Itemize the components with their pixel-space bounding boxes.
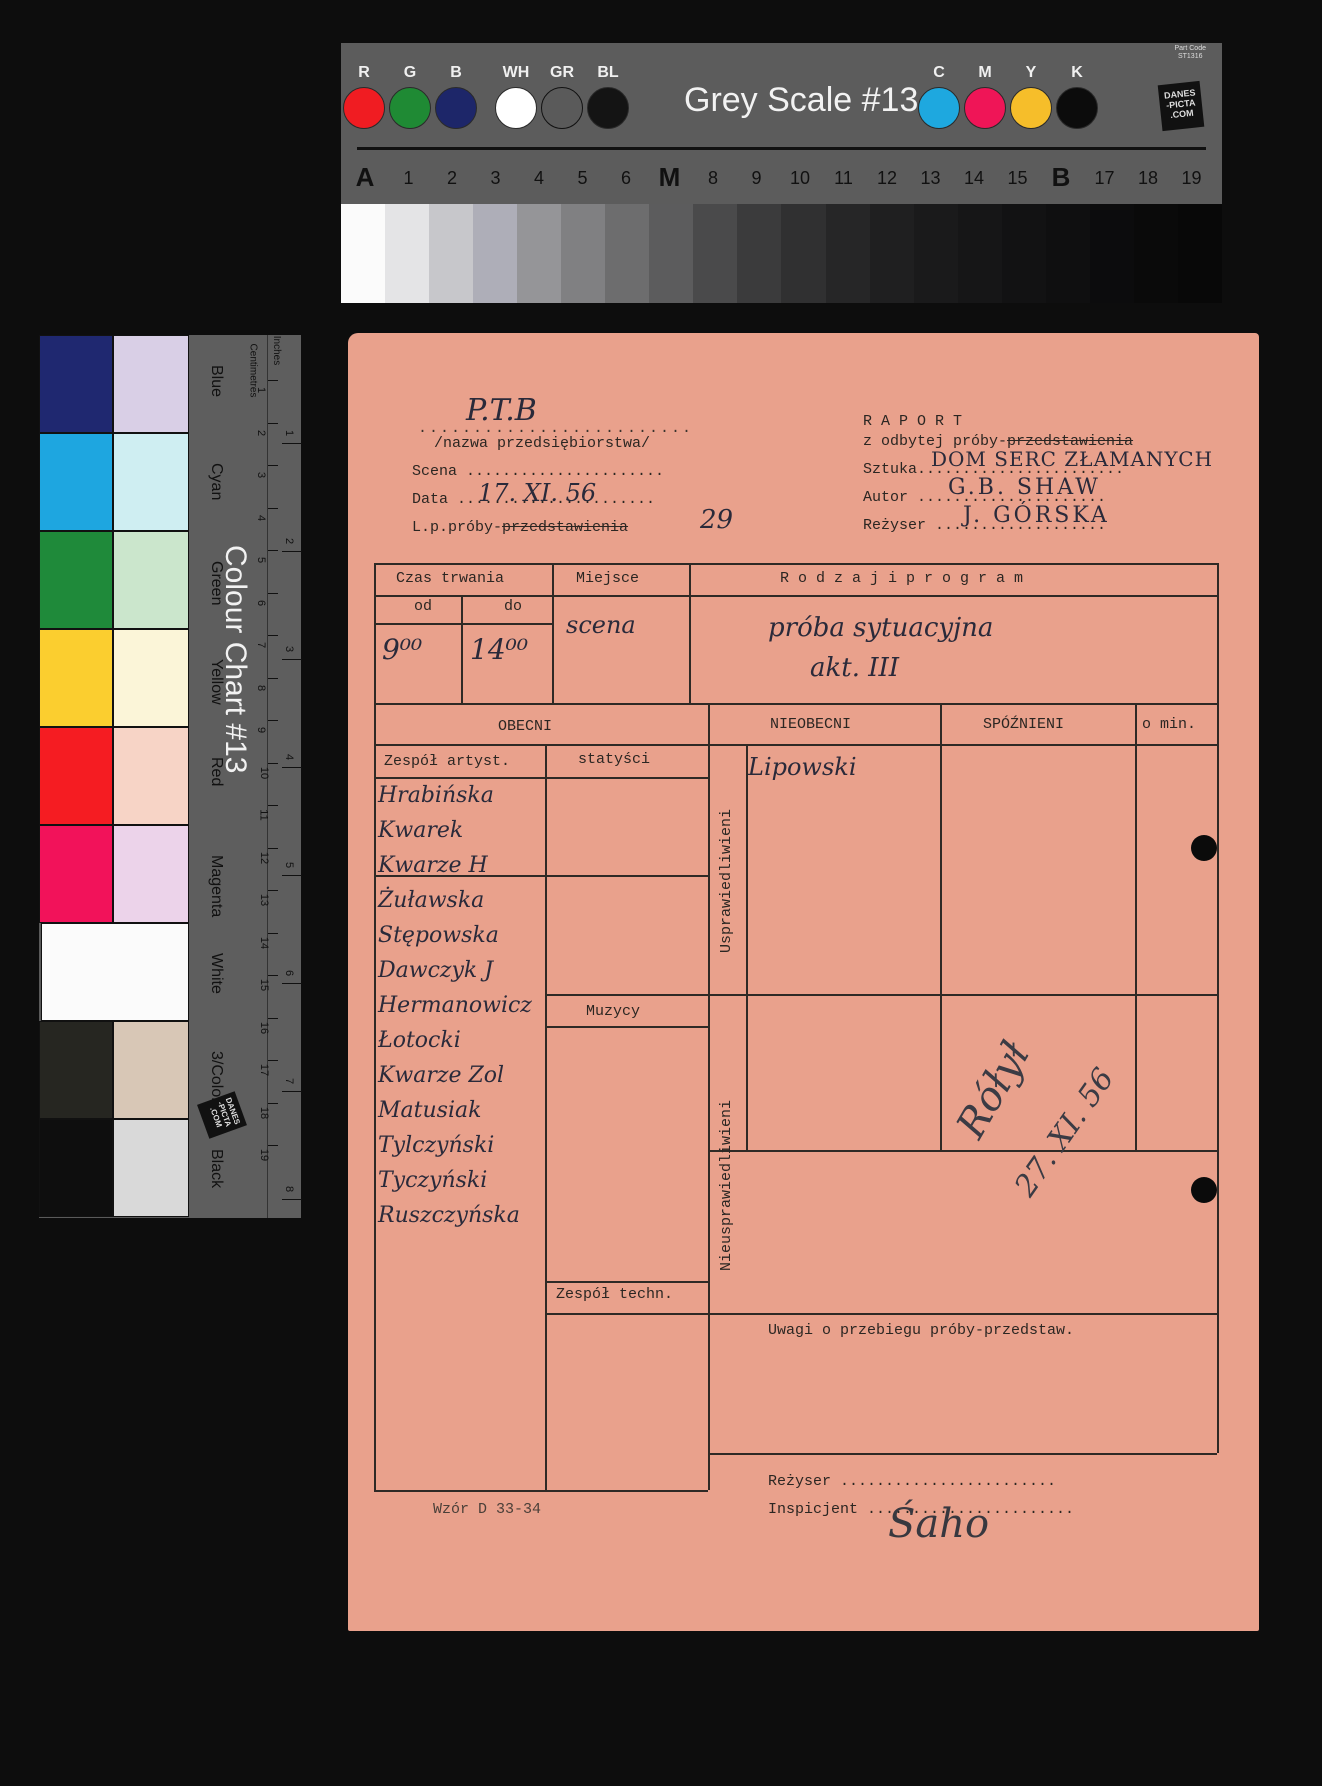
- colour-swatch-3/color-tint: [113, 1021, 189, 1119]
- grey-step-label: B: [1041, 162, 1081, 193]
- colour-swatch-black: [39, 1119, 113, 1217]
- cm-tick-label: 11: [258, 809, 270, 820]
- inspicjent-signature: Śaho: [888, 1501, 989, 1547]
- grid-line: [708, 1453, 1217, 1455]
- scena-field: Scena ......................: [412, 463, 664, 480]
- zespol-techn-header: Zespół techn.: [556, 1286, 673, 1303]
- grey-step-swatch: [826, 204, 870, 303]
- grid-line: [545, 1281, 708, 1283]
- rodzaj-header: R o d z a j i p r o g r a m: [780, 570, 1023, 587]
- colour-chart-title: Colour Chart #13: [218, 545, 252, 773]
- grey-step-swatch: [473, 204, 517, 303]
- color-dot-k: [1056, 87, 1098, 129]
- od-header: od: [414, 598, 432, 615]
- grey-step-label: 3: [476, 168, 516, 189]
- colour-swatch-black-tint: [113, 1119, 189, 1217]
- grid-line: [461, 595, 463, 703]
- cm-tick: [268, 423, 278, 424]
- uwagi-header: Uwagi o przebiegu próby-przedstaw.: [768, 1322, 1074, 1339]
- grid-line: [374, 623, 552, 625]
- colour-label: Magenta: [207, 855, 225, 917]
- colour-swatch-green: [39, 531, 113, 629]
- rodzaj-value-1: próba sytuacyjna: [768, 613, 993, 643]
- artist-name: Hermanowicz: [378, 993, 532, 1018]
- footer-rezyser-field: Reżyser ........................: [768, 1473, 1056, 1490]
- color-dot-wh: [495, 87, 537, 129]
- grid-line: [708, 994, 1217, 996]
- miejsce-header: Miejsce: [576, 570, 639, 587]
- colour-swatch-cyan: [39, 433, 113, 531]
- cm-tick: [268, 635, 278, 636]
- grey-scale-strip: [341, 204, 1222, 303]
- grey-step-label: 12: [867, 168, 907, 189]
- cm-tick-label: 18: [258, 1106, 270, 1118]
- grid-line: [689, 563, 691, 703]
- cm-tick-label: 14: [258, 936, 270, 948]
- cm-tick-label: 9: [255, 727, 267, 733]
- grey-step-swatch: [1134, 204, 1178, 303]
- grey-step-label: 13: [911, 168, 951, 189]
- grey-step-swatch: [693, 204, 737, 303]
- inch-tick: [282, 443, 302, 444]
- inch-tick: [282, 1199, 302, 1200]
- artist-name: Kwarze Zol: [378, 1063, 504, 1088]
- grid-line: [708, 1150, 1217, 1152]
- grey-step-swatch: [1090, 204, 1134, 303]
- colour-label: Blue: [207, 365, 225, 397]
- grey-step-label: 2: [432, 168, 472, 189]
- artist-name: Kwarek: [378, 818, 463, 843]
- cm-tick: [268, 890, 278, 891]
- grid-line: [746, 744, 748, 1150]
- grey-step-swatch: [1002, 204, 1046, 303]
- cm-tick-label: 1: [255, 387, 267, 393]
- grid-line: [374, 595, 1217, 597]
- cm-tick-label: 3: [255, 472, 267, 478]
- lp-field: L.p.próby-przedstawienia: [412, 519, 628, 536]
- cm-tick-label: 2: [255, 429, 267, 435]
- grey-step-label: 18: [1128, 168, 1168, 189]
- nieobecni-header: NIEOBECNI: [770, 716, 851, 733]
- grey-step-label: 8: [693, 168, 733, 189]
- ruler: InchesCentimetres12345678910111213141516…: [267, 335, 302, 1218]
- grey-step-label: 17: [1085, 168, 1125, 189]
- cm-tick: [268, 720, 278, 721]
- muzycy-header: Muzycy: [586, 1003, 640, 1020]
- rezyser-value: J. GÓRSKA: [963, 503, 1110, 528]
- grey-step-swatch: [914, 204, 958, 303]
- grid-line: [374, 1490, 708, 1492]
- color-dot-b: [435, 87, 477, 129]
- inch-tick: [282, 875, 302, 876]
- inch-tick: [282, 983, 302, 984]
- grid-line: [545, 1313, 708, 1315]
- inch-tick-label: 6: [283, 970, 295, 976]
- colour-label: Black: [207, 1149, 225, 1188]
- zespol-artyst-header: Zespół artyst.: [384, 753, 510, 770]
- grey-step-label: 5: [563, 168, 603, 189]
- grey-step-swatch: [605, 204, 649, 303]
- divider: [357, 147, 1206, 150]
- inch-tick-label: 8: [283, 1186, 295, 1192]
- inch-tick-label: 2: [283, 538, 295, 544]
- artist-name: Stępowska: [378, 923, 499, 948]
- colour-swatch-yellow-tint: [113, 629, 189, 727]
- artist-name: Tyczyński: [378, 1168, 487, 1193]
- grey-step-swatch: [649, 204, 693, 303]
- miejsce-value: scena: [566, 611, 636, 639]
- colour-swatch-green-tint: [113, 531, 189, 629]
- grey-step-swatch: [341, 204, 385, 303]
- cm-tick: [268, 763, 278, 764]
- grey-step-swatch: [561, 204, 605, 303]
- data-value: 17. XI. 56: [478, 479, 596, 507]
- colour-chart: BlueCyanGreenYellowRedMagentaWhite3/Colo…: [39, 335, 301, 1218]
- grid-line: [374, 563, 1217, 565]
- cm-tick: [268, 465, 278, 466]
- cm-tick: [268, 380, 278, 381]
- grey-step-swatch: [385, 204, 429, 303]
- colour-swatch-white: [41, 923, 189, 1021]
- dot-label: C: [914, 64, 964, 82]
- grey-step-label: 10: [780, 168, 820, 189]
- colour-swatch-blue-tint: [113, 335, 189, 433]
- cm-tick-label: 19: [258, 1149, 270, 1161]
- inch-tick-label: 3: [283, 646, 295, 652]
- grid-line: [374, 563, 376, 1490]
- cm-tick: [268, 975, 278, 976]
- grey-step-swatch: [1178, 204, 1222, 303]
- cm-tick: [268, 1060, 278, 1061]
- cm-tick-label: 5: [255, 557, 267, 563]
- dot-label: B: [431, 64, 481, 82]
- inch-tick: [282, 659, 302, 660]
- punch-hole: [1191, 1177, 1217, 1203]
- cm-tick: [268, 593, 278, 594]
- color-dot-gr: [541, 87, 583, 129]
- colour-swatch-red-tint: [113, 727, 189, 825]
- grid-line: [545, 744, 547, 1490]
- grid-line: [940, 703, 942, 1150]
- inch-tick-label: 1: [283, 430, 295, 436]
- artist-name: Łotocki: [378, 1028, 461, 1053]
- colour-swatch-cyan-tint: [113, 433, 189, 531]
- rehearsal-report-form: P.T.B ......................... /nazwa p…: [348, 333, 1259, 1631]
- dot-label: Y: [1006, 64, 1056, 82]
- artist-name: Dawczyk J: [378, 958, 493, 983]
- grey-step-swatch: [870, 204, 914, 303]
- color-dot-y: [1010, 87, 1052, 129]
- autor-value: G.B. SHAW: [948, 475, 1101, 500]
- cm-tick-label: 12: [258, 851, 270, 863]
- color-dot-r: [343, 87, 385, 129]
- artist-name: Tylczyński: [378, 1133, 494, 1158]
- grey-step-swatch: [1046, 204, 1090, 303]
- grey-step-label: 4: [519, 168, 559, 189]
- inch-tick-label: 5: [283, 862, 295, 868]
- statysci-header: statyści: [578, 751, 650, 768]
- cm-tick: [268, 933, 278, 934]
- cm-tick-label: 17: [258, 1064, 270, 1076]
- inch-tick: [282, 551, 302, 552]
- cm-tick: [268, 805, 278, 806]
- usprawiedliwieni-value: Lipowski: [748, 753, 857, 781]
- dot-label: M: [960, 64, 1010, 82]
- grey-step-swatch: [737, 204, 781, 303]
- dot-label: G: [385, 64, 435, 82]
- inch-tick-label: 7: [283, 1078, 295, 1084]
- dot-label: GR: [537, 64, 587, 82]
- usprawiedliwieni-label: Usprawiedliwieni: [718, 809, 735, 953]
- grey-step-swatch: [781, 204, 825, 303]
- nieusprawiedliwieni-label: Nieusprawiedliwieni: [718, 1100, 735, 1271]
- colour-swatch-red: [39, 727, 113, 825]
- grey-step-label: 6: [606, 168, 646, 189]
- grey-step-swatch: [958, 204, 1002, 303]
- company-caption: /nazwa przedsiębiorstwa/: [434, 435, 650, 452]
- signature-date: 27. XI. 56: [1008, 1062, 1121, 1203]
- grey-step-label: 15: [998, 168, 1038, 189]
- do-value: 14⁰⁰: [470, 633, 528, 666]
- color-dot-m: [964, 87, 1006, 129]
- colour-swatch-blue: [39, 335, 113, 433]
- cm-tick: [268, 678, 278, 679]
- lp-value: 29: [700, 505, 733, 535]
- cm-tick-label: 15: [258, 979, 270, 991]
- inch-tick: [282, 1091, 302, 1092]
- signature: Rółył: [948, 1034, 1039, 1146]
- dot-label: WH: [491, 64, 541, 82]
- colour-swatch-magenta-tint: [113, 825, 189, 923]
- grey-step-label: A: [345, 162, 385, 193]
- spoznieni-header: SPÓŹNIENI: [983, 716, 1064, 733]
- colour-label: Cyan: [207, 463, 225, 500]
- artist-name: Żuławska: [378, 888, 484, 913]
- inch-tick-label: 4: [283, 754, 295, 760]
- grid-line: [1135, 703, 1137, 1150]
- cm-tick: [268, 550, 278, 551]
- color-dot-bl: [587, 87, 629, 129]
- grey-step-label: 19: [1172, 168, 1212, 189]
- part-code: Part CodeST1316: [1174, 45, 1206, 61]
- grid-line: [545, 994, 708, 996]
- color-dot-c: [918, 87, 960, 129]
- o-min-header: o min.: [1142, 716, 1196, 733]
- cm-tick-label: 16: [258, 1021, 270, 1033]
- grey-step-label: M: [650, 162, 690, 193]
- report-title: R A P O R T: [863, 413, 962, 430]
- grid-line: [545, 777, 708, 779]
- artist-name: Matusiak: [378, 1098, 481, 1123]
- cm-tick: [268, 1103, 278, 1104]
- danes-picta-logo: DANES-PICTA.COM: [1158, 81, 1205, 131]
- sztuka-value: DOM SERC ZŁAMANYCH: [931, 447, 1213, 471]
- grid-line: [708, 703, 710, 1490]
- cm-tick-label: 7: [255, 642, 267, 648]
- grey-step-label: 9: [737, 168, 777, 189]
- cm-tick: [268, 508, 278, 509]
- grey-scale-title: Grey Scale #13: [684, 81, 918, 120]
- grid-line: [708, 1313, 1217, 1315]
- czas-trwania-header: Czas trwania: [396, 570, 504, 587]
- inch-tick: [282, 767, 302, 768]
- cm-tick-label: 4: [255, 514, 267, 520]
- colour-label: White: [207, 953, 225, 994]
- grid-line: [545, 1026, 708, 1028]
- grey-step-label: 14: [954, 168, 994, 189]
- obecni-header: OBECNI: [498, 718, 552, 735]
- cm-tick: [268, 848, 278, 849]
- grey-scale-card: Part CodeST1316 RGBWHGRBLCMYK Grey Scale…: [341, 43, 1222, 303]
- artist-name: Hrabińska: [378, 783, 494, 808]
- colour-swatch-3/color: [39, 1021, 113, 1119]
- grey-step-swatch: [429, 204, 473, 303]
- cm-tick: [268, 1018, 278, 1019]
- od-value: 9⁰⁰: [382, 633, 422, 666]
- punch-hole: [1191, 835, 1217, 861]
- grey-step-label: 11: [824, 168, 864, 189]
- grey-step-swatch: [517, 204, 561, 303]
- ruler-unit-inches: Inches: [271, 336, 282, 365]
- dot-label: K: [1052, 64, 1102, 82]
- cm-tick-label: 6: [255, 599, 267, 605]
- color-dot-g: [389, 87, 431, 129]
- cm-tick-label: 10: [258, 766, 270, 778]
- dot-label: BL: [583, 64, 633, 82]
- grid-line: [552, 563, 554, 703]
- dot-label: R: [339, 64, 389, 82]
- artist-name: Kwarze H: [378, 853, 488, 878]
- grey-step-label: 1: [389, 168, 429, 189]
- grid-line: [374, 744, 1217, 746]
- do-header: do: [504, 598, 522, 615]
- colour-swatch-yellow: [39, 629, 113, 727]
- rodzaj-value-2: akt. III: [810, 653, 899, 683]
- form-code: Wzór D 33-34: [433, 1501, 541, 1518]
- cm-tick-label: 13: [258, 894, 270, 906]
- colour-swatch-magenta: [39, 825, 113, 923]
- cm-tick: [268, 1145, 278, 1146]
- grid-line: [374, 703, 1217, 705]
- cm-tick-label: 8: [255, 684, 267, 690]
- artist-name: Ruszczyńska: [378, 1203, 520, 1228]
- grid-line: [1217, 1150, 1219, 1453]
